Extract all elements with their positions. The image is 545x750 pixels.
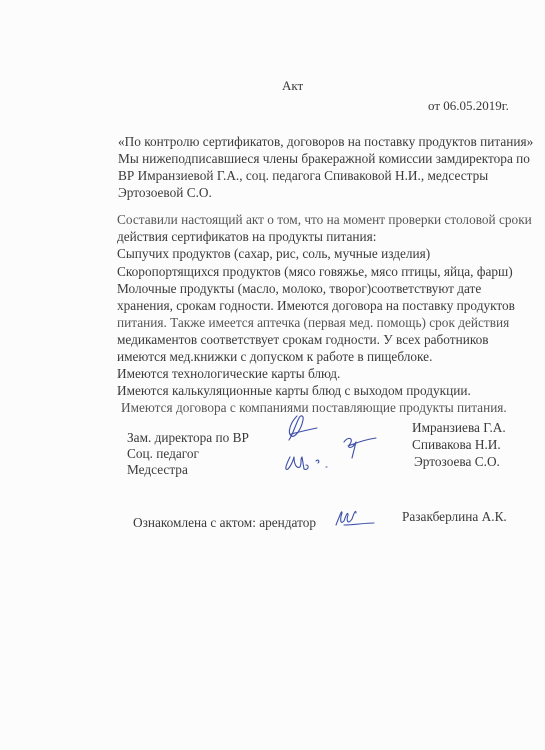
body-line: хранения, срокам годности. Имеются догов… (117, 298, 515, 314)
signatory-name: Эртозоева С.О. (414, 454, 500, 470)
document-page: Акт от 06.05.2019г. «По контролю сертифи… (0, 0, 545, 750)
signatory-role: Соц. педагог (127, 446, 199, 462)
acknowledgement-label: Ознакомлена с актом: арендатор (133, 515, 316, 531)
body-line: Составили настоящий акт о том, что на мо… (117, 212, 532, 228)
signature-4-icon (330, 505, 380, 536)
document-date: от 06.05.2019г. (428, 98, 509, 114)
body-line: Имеются технологические карты блюд. (117, 366, 340, 382)
signatory-name: Спивакова Н.И. (412, 437, 501, 453)
intro-line: ВР Имранзиевой Г.А., соц. педагога Спива… (118, 168, 488, 184)
signatory-role: Медсестра (127, 462, 188, 478)
signatory-role: Зам. директора по ВР (127, 430, 249, 446)
signature-1-icon (285, 412, 325, 447)
signatory-name: Имранзиева Г.А. (412, 420, 506, 436)
body-line: имеются мед.книжки с допуском к работе в… (117, 349, 432, 365)
intro-line: Мы нижеподписавшиеся члены бракеражной к… (118, 151, 530, 167)
body-line: Молочные продукты (масло, молоко, творог… (117, 281, 481, 297)
body-line: Имеются калькуляционные карты блюд с вых… (117, 383, 471, 399)
intro-line: Эртозоевой С.О. (118, 185, 212, 201)
document-title: Акт (282, 78, 303, 94)
body-line: питания. Также имеется аптечка (первая м… (117, 315, 509, 331)
body-line: Сыпучих продуктов (сахар, рис, соль, муч… (117, 246, 430, 262)
intro-line: «По контролю сертификатов, договоров на … (118, 134, 533, 150)
signature-2-icon (340, 432, 380, 467)
body-line: действия сертификатов на продукты питани… (117, 229, 376, 245)
body-line: медикаментов соответствует срокам годнос… (117, 332, 489, 348)
body-line: Скоропортящихся продуктов (мясо говяжье,… (117, 264, 513, 280)
signature-3-icon (282, 451, 332, 480)
acknowledgement-name: Разакберлина А.К. (402, 509, 507, 525)
